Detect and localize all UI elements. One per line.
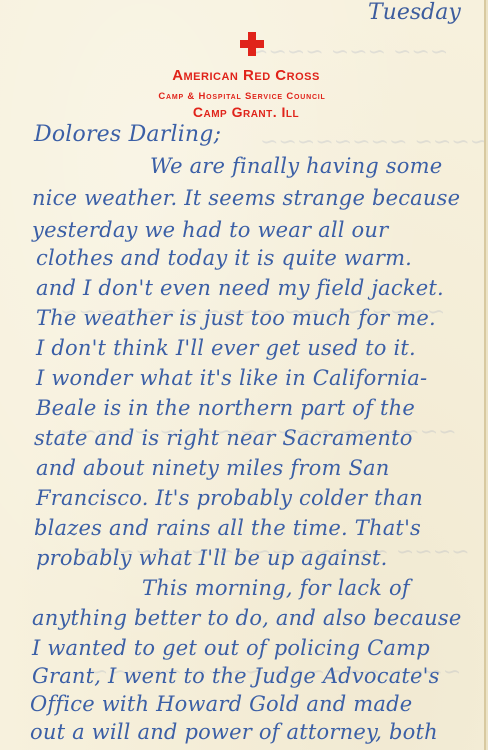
body-line: nice weather. It seems strange because xyxy=(32,186,460,210)
body-line: The weather is just too much for me. xyxy=(36,306,436,330)
body-line: and about ninety miles from San xyxy=(36,456,389,480)
bleed-through: ~~~ ~~~ ~~~~ xyxy=(250,40,448,65)
bleed-through: ~~~~ ~~~~~~~~ xyxy=(260,130,486,155)
letterhead-location: Camp Grant. Ill xyxy=(4,104,486,120)
body-line: anything better to do, and also because xyxy=(32,606,462,630)
body-line: clothes and today it is quite warm. xyxy=(36,246,412,270)
body-line: Beale is in the northern part of the xyxy=(36,396,415,420)
body-line: We are finally having some xyxy=(150,154,442,178)
body-line: Grant, I went to the Judge Advocate's xyxy=(32,664,440,688)
body-line: I wanted to get out of policing Camp xyxy=(32,636,430,660)
body-line: yesterday we had to wear all our xyxy=(32,218,388,242)
body-line: probably what I'll be up against. xyxy=(36,546,388,570)
body-line: I don't think I'll ever get used to it. xyxy=(36,336,416,360)
body-line: Office with Howard Gold and made xyxy=(30,692,412,716)
body-line: This morning, for lack of xyxy=(142,576,410,600)
body-line: state and is right near Sacramento xyxy=(34,426,413,450)
letterhead-council: Camp & Hospital Service Council xyxy=(0,91,484,102)
red-cross-icon xyxy=(240,32,264,56)
letterhead-organization: American Red Cross xyxy=(4,67,486,84)
day-heading: Tuesday xyxy=(368,0,461,25)
body-line: out a will and power of attorney, both xyxy=(30,720,438,744)
body-line: Francisco. It's probably colder than xyxy=(36,486,423,510)
body-line: blazes and rains all the time. That's xyxy=(34,516,421,540)
letter-page: ~~~ ~~~ ~~~~ ~~~~ ~~~~~~~~ ~~~~ ~~ ~~ ~~… xyxy=(0,0,486,750)
body-line: and I don't even need my field jacket. xyxy=(36,276,444,300)
salutation: Dolores Darling; xyxy=(34,122,221,147)
body-line: I wonder what it's like in California- xyxy=(36,366,427,390)
